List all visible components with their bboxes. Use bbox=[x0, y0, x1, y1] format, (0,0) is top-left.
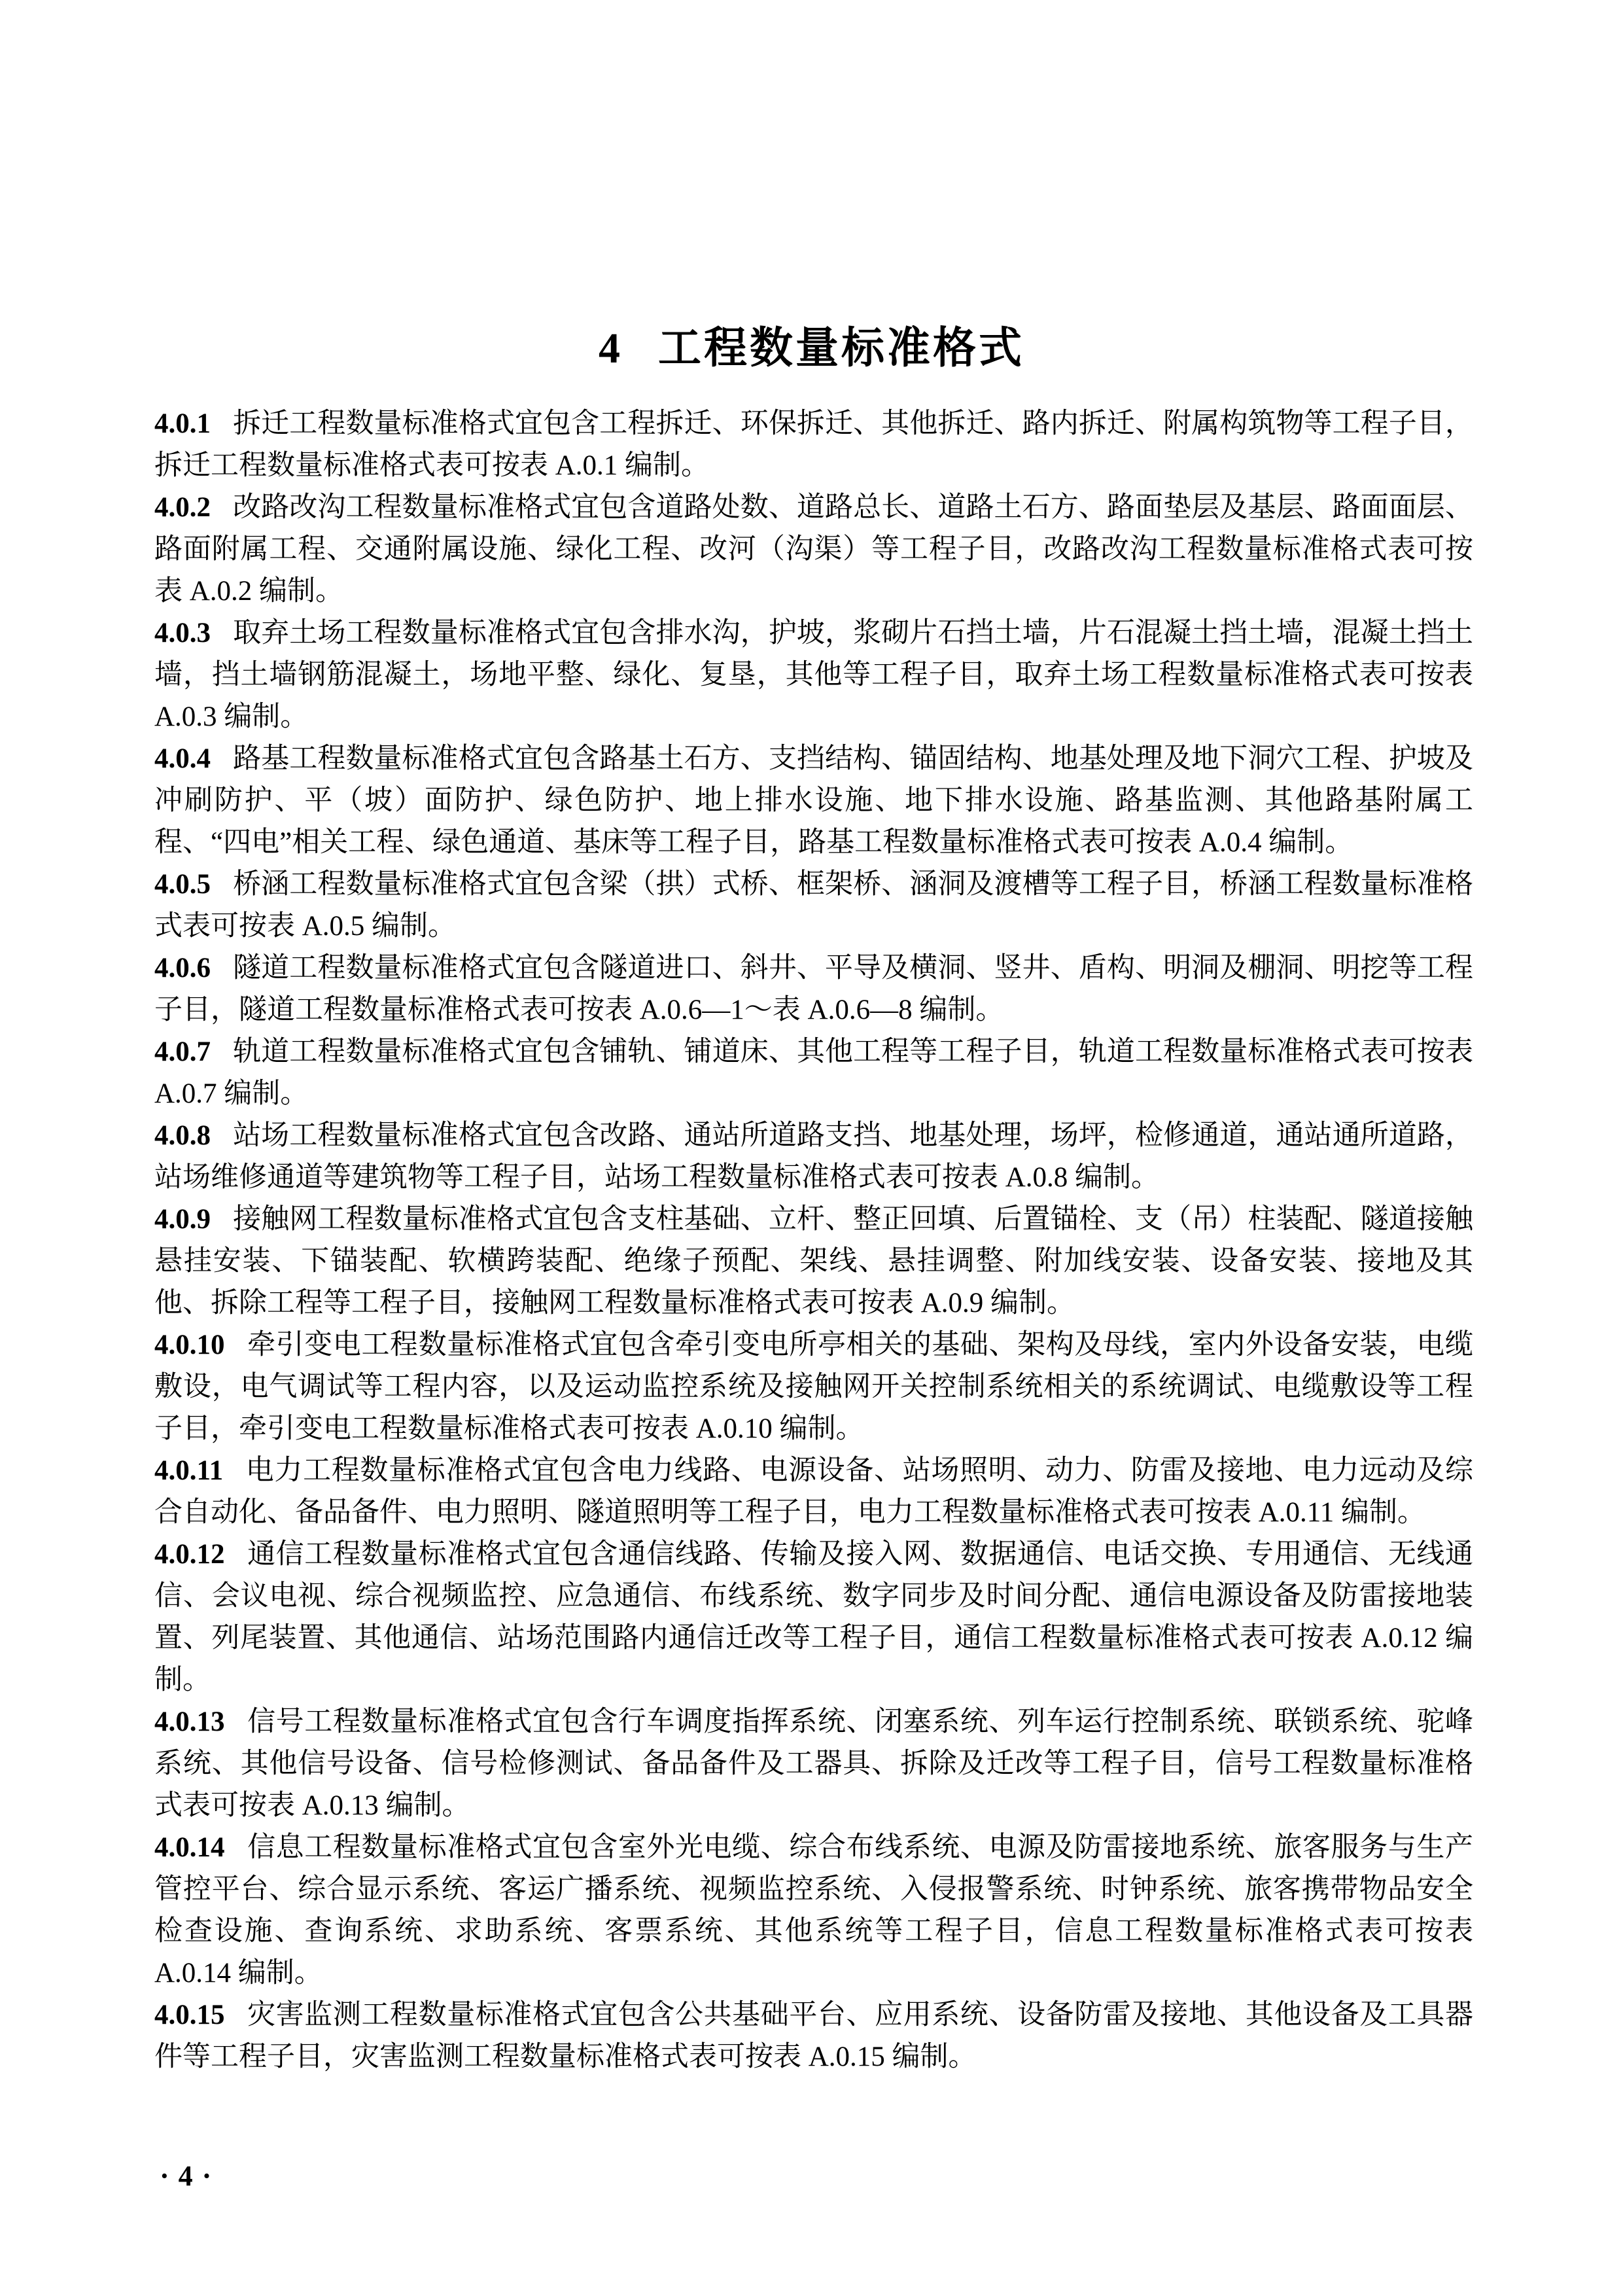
clause-paragraph: 4.0.8站场工程数量标准格式宜包含改路、通站所道路支挡、地基处理，场坪，检修通… bbox=[154, 1115, 1473, 1199]
clause-paragraph: 4.0.4路基工程数量标准格式宜包含路基土石方、支挡结构、锚固结构、地基处理及地… bbox=[154, 738, 1473, 864]
clause-paragraph: 4.0.14信息工程数量标准格式宜包含室外光电缆、综合布线系统、电源及防雷接地系… bbox=[154, 1827, 1473, 1994]
clause-text: 信号工程数量标准格式宜包含行车调度指挥系统、闭塞系统、列车运行控制系统、联锁系统… bbox=[154, 1706, 1473, 1821]
clause-paragraph: 4.0.1拆迁工程数量标准格式宜包含工程拆迁、环保拆迁、其他拆迁、路内拆迁、附属… bbox=[154, 403, 1473, 487]
clause-paragraph: 4.0.11电力工程数量标准格式宜包含电力线路、电源设备、站场照明、动力、防雷及… bbox=[154, 1450, 1473, 1534]
clause-number: 4.0.14 bbox=[154, 1832, 225, 1863]
chapter-title: 4工程数量标准格式 bbox=[0, 313, 1623, 375]
clause-text: 取弃土场工程数量标准格式宜包含排水沟，护坡，浆砌片石挡土墙，片石混凝土挡土墙，混… bbox=[154, 618, 1473, 732]
clause-paragraph: 4.0.9接触网工程数量标准格式宜包含支柱基础、立杆、整正回填、后置锚栓、支（吊… bbox=[154, 1199, 1473, 1324]
clause-text: 隧道工程数量标准格式宜包含隧道进口、斜井、平导及横洞、竖井、盾构、明洞及棚洞、明… bbox=[154, 953, 1473, 1025]
clause-text: 信息工程数量标准格式宜包含室外光电缆、综合布线系统、电源及防雷接地系统、旅客服务… bbox=[154, 1832, 1473, 1988]
clause-text: 灾害监测工程数量标准格式宜包含公共基础平台、应用系统、设备防雷及接地、其他设备及… bbox=[154, 2000, 1473, 2072]
clause-text: 电力工程数量标准格式宜包含电力线路、电源设备、站场照明、动力、防雷及接地、电力远… bbox=[154, 1455, 1473, 1528]
clause-text: 通信工程数量标准格式宜包含通信线路、传输及接入网、数据通信、电话交换、专用通信、… bbox=[154, 1539, 1473, 1695]
clause-text: 拆迁工程数量标准格式宜包含工程拆迁、环保拆迁、其他拆迁、路内拆迁、附属构筑物等工… bbox=[154, 408, 1473, 481]
page-number: ·4· bbox=[160, 2159, 220, 2193]
clause-text: 桥涵工程数量标准格式宜包含梁（拱）式桥、框架桥、涵洞及渡槽等工程子目，桥涵工程数… bbox=[154, 869, 1473, 942]
chapter-title-text: 工程数量标准格式 bbox=[658, 325, 1024, 372]
document-page: 4工程数量标准格式 4.0.1拆迁工程数量标准格式宜包含工程拆迁、环保拆迁、其他… bbox=[0, 0, 1623, 2296]
clause-paragraph: 4.0.3取弃土场工程数量标准格式宜包含排水沟，护坡，浆砌片石挡土墙，片石混凝土… bbox=[154, 612, 1473, 738]
clause-number: 4.0.12 bbox=[154, 1539, 225, 1570]
clause-paragraph: 4.0.10牵引变电工程数量标准格式宜包含牵引变电所亭相关的基础、架构及母线，室… bbox=[154, 1324, 1473, 1450]
clause-text: 站场工程数量标准格式宜包含改路、通站所道路支挡、地基处理，场坪，检修通道，通站通… bbox=[154, 1120, 1473, 1193]
clause-text: 接触网工程数量标准格式宜包含支柱基础、立杆、整正回填、后置锚栓、支（吊）柱装配、… bbox=[154, 1204, 1473, 1318]
clause-number: 4.0.2 bbox=[154, 492, 211, 523]
clause-paragraph: 4.0.15灾害监测工程数量标准格式宜包含公共基础平台、应用系统、设备防雷及接地… bbox=[154, 1994, 1473, 2078]
clause-text: 改路改沟工程数量标准格式宜包含道路处数、道路总长、道路土石方、路面垫层及基层、路… bbox=[154, 492, 1473, 607]
clause-number: 4.0.3 bbox=[154, 618, 211, 648]
clause-number: 4.0.15 bbox=[154, 2000, 225, 2030]
clause-text: 牵引变电工程数量标准格式宜包含牵引变电所亭相关的基础、架构及母线，室内外设备安装… bbox=[154, 1330, 1473, 1444]
clause-paragraph: 4.0.13信号工程数量标准格式宜包含行车调度指挥系统、闭塞系统、列车运行控制系… bbox=[154, 1701, 1473, 1827]
clause-number: 4.0.5 bbox=[154, 869, 211, 900]
clause-number: 4.0.7 bbox=[154, 1036, 211, 1067]
clause-number: 4.0.13 bbox=[154, 1706, 225, 1737]
clause-paragraph: 4.0.12通信工程数量标准格式宜包含通信线路、传输及接入网、数据通信、电话交换… bbox=[154, 1534, 1473, 1701]
clause-paragraph: 4.0.7轨道工程数量标准格式宜包含铺轨、铺道床、其他工程等工程子目，轨道工程数… bbox=[154, 1031, 1473, 1115]
clause-paragraph: 4.0.5桥涵工程数量标准格式宜包含梁（拱）式桥、框架桥、涵洞及渡槽等工程子目，… bbox=[154, 864, 1473, 947]
chapter-number: 4 bbox=[599, 325, 620, 372]
clause-text: 轨道工程数量标准格式宜包含铺轨、铺道床、其他工程等工程子目，轨道工程数量标准格式… bbox=[154, 1036, 1473, 1109]
clause-number: 4.0.6 bbox=[154, 953, 211, 983]
clause-list: 4.0.1拆迁工程数量标准格式宜包含工程拆迁、环保拆迁、其他拆迁、路内拆迁、附属… bbox=[154, 403, 1473, 2078]
clause-text: 路基工程数量标准格式宜包含路基土石方、支挡结构、锚固结构、地基处理及地下洞穴工程… bbox=[154, 743, 1473, 858]
clause-number: 4.0.1 bbox=[154, 408, 211, 439]
clause-number: 4.0.8 bbox=[154, 1120, 211, 1151]
clause-number: 4.0.4 bbox=[154, 743, 211, 774]
clause-paragraph: 4.0.6隧道工程数量标准格式宜包含隧道进口、斜井、平导及横洞、竖井、盾构、明洞… bbox=[154, 947, 1473, 1031]
clause-number: 4.0.10 bbox=[154, 1330, 225, 1360]
clause-number: 4.0.11 bbox=[154, 1455, 223, 1486]
clause-paragraph: 4.0.2改路改沟工程数量标准格式宜包含道路处数、道路总长、道路土石方、路面垫层… bbox=[154, 487, 1473, 612]
clause-number: 4.0.9 bbox=[154, 1204, 211, 1235]
